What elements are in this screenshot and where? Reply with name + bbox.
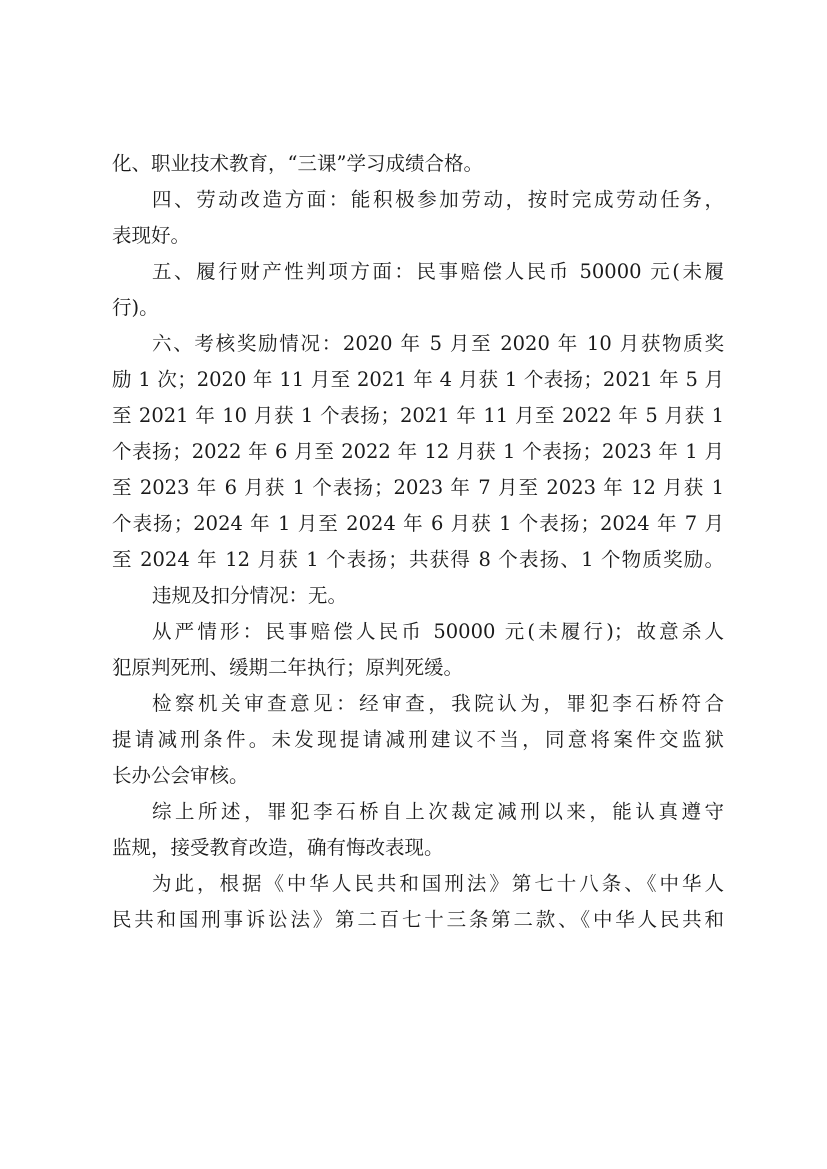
text-line: 至 2023 年 6 月获 1 个表扬；2023 年 7 月至 2023 年 1… xyxy=(112,470,724,506)
document-page: 化、职业技术教育，“三课”学习成绩合格。 四、劳动改造方面：能积极参加劳动，按时… xyxy=(112,146,724,938)
text-line: 行)。 xyxy=(112,290,724,326)
text-line: 犯原判死刑、缓期二年执行；原判死缓。 xyxy=(112,650,724,686)
text-line: 表现好。 xyxy=(112,218,724,254)
text-line: 六、考核奖励情况：2020 年 5 月至 2020 年 10 月获物质奖 xyxy=(112,326,724,362)
text-line: 为此，根据《中华人民共和国刑法》第七十八条、《中华人 xyxy=(112,866,724,902)
text-line: 化、职业技术教育，“三课”学习成绩合格。 xyxy=(112,146,724,182)
text-line: 至 2021 年 10 月获 1 个表扬；2021 年 11 月至 2022 年… xyxy=(112,398,724,434)
text-line: 至 2024 年 12 月获 1 个表扬；共获得 8 个表扬、1 个物质奖励。 xyxy=(112,542,724,578)
text-line: 个表扬；2022 年 6 月至 2022 年 12 月获 1 个表扬；2023 … xyxy=(112,434,724,470)
text-line: 民共和国刑事诉讼法》第二百七十三条第二款、《中华人民共和 xyxy=(112,902,724,938)
text-line: 综上所述，罪犯李石桥自上次裁定减刑以来，能认真遵守 xyxy=(112,794,724,830)
text-line: 五、履行财产性判项方面：民事赔偿人民币 50000 元(未履 xyxy=(112,254,724,290)
text-line: 违规及扣分情况：无。 xyxy=(112,578,724,614)
text-line: 从严情形：民事赔偿人民币 50000 元(未履行)；故意杀人 xyxy=(112,614,724,650)
text-line: 提请减刑条件。未发现提请减刑建议不当，同意将案件交监狱 xyxy=(112,722,724,758)
text-line: 个表扬；2024 年 1 月至 2024 年 6 月获 1 个表扬；2024 年… xyxy=(112,506,724,542)
text-line: 检察机关审查意见：经审查，我院认为，罪犯李石桥符合 xyxy=(112,686,724,722)
text-line: 四、劳动改造方面：能积极参加劳动，按时完成劳动任务， xyxy=(112,182,724,218)
text-line: 监规，接受教育改造，确有悔改表现。 xyxy=(112,830,724,866)
text-line: 励 1 次；2020 年 11 月至 2021 年 4 月获 1 个表扬；202… xyxy=(112,362,724,398)
text-line: 长办公会审核。 xyxy=(112,758,724,794)
